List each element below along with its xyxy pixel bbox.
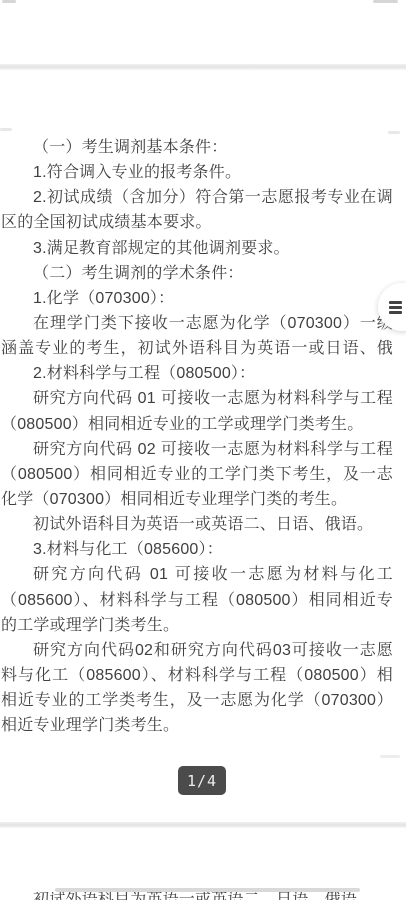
text-line: （080500）相同相近专业的工学或理学门类考生。: [1, 412, 393, 437]
page-text: （一）考生调剂基本条件： 1.符合调入专业的报考条件。 2.初试成绩（含加分）符…: [1, 135, 393, 738]
text-line: 相近专业的工学类考生，及一志愿为化学（070300）相同: [1, 688, 393, 713]
document-viewer: （一）考生调剂基本条件： 1.符合调入专业的报考条件。 2.初试成绩（含加分）符…: [0, 0, 406, 900]
text-line: 化学（070300）相同相近专业理学门类的考生。: [1, 487, 393, 512]
text-line: 料与化工（085600）、材料科学与工程（080500）相同: [1, 663, 393, 688]
text-line: 研究方向代码 01 可接收一志愿为材料与化工: [1, 562, 393, 587]
page-edge-mark: [2, 0, 16, 3]
text-line: 1.符合调入专业的报考条件。: [1, 160, 393, 185]
previous-page-bottom[interactable]: [0, 0, 406, 64]
text-line: （085600）、材料科学与工程（080500）相同相近专业: [1, 588, 393, 613]
text-line: 在理学门类下接收一志愿为化学（070300）一级学科: [1, 311, 393, 336]
text-line: 3.材料与化工（085600）：: [1, 537, 393, 562]
text-line: 1.化学（070300）：: [1, 286, 393, 311]
text-line: 区的全国初试成绩基本要求。: [1, 210, 393, 235]
next-page-partial-text: 初试外语科目为英语一或英语二、日语、俄语。: [1, 892, 393, 900]
text-line: 研究方向代码 01 可接收一志愿为材料科学与工程: [1, 386, 393, 411]
page-edge-mark: [373, 0, 398, 3]
text-line: （一）考生调剂基本条件：: [1, 135, 393, 160]
text-line: 相近专业理学门类考生。: [1, 713, 393, 738]
page-edge-mark: [380, 755, 400, 758]
page-edge-mark: [0, 128, 12, 131]
text-line: 初试外语科目为英语一或英语二、日语、俄语。: [1, 512, 393, 537]
text-line: 2.初试成绩（含加分）符合第一志愿报考专业在调入地: [1, 185, 393, 210]
text-line: 涵盖专业的考生，初试外语科目为英语一或日语、俄语。: [1, 336, 393, 361]
page-edge-mark: [388, 131, 400, 134]
text-line: 研究方向代码02和研究方向代码03可接收一志愿为材: [1, 638, 393, 663]
hamburger-icon: [389, 301, 402, 316]
text-line: （080500）相同相近专业的工学门类下考生，及一志愿为: [1, 462, 393, 487]
text-line: （二）考生调剂的学术条件：: [1, 261, 393, 286]
text-line: 研究方向代码 02 可接收一志愿为材料科学与工程: [1, 437, 393, 462]
text-line: 3.满足教育部规定的其他调剂要求。: [1, 236, 393, 261]
text-line: 的工学或理学门类考生。: [1, 613, 393, 638]
text-line: 2.材料科学与工程（080500）：: [1, 361, 393, 386]
page-indicator-badge: 1/4: [178, 766, 226, 795]
